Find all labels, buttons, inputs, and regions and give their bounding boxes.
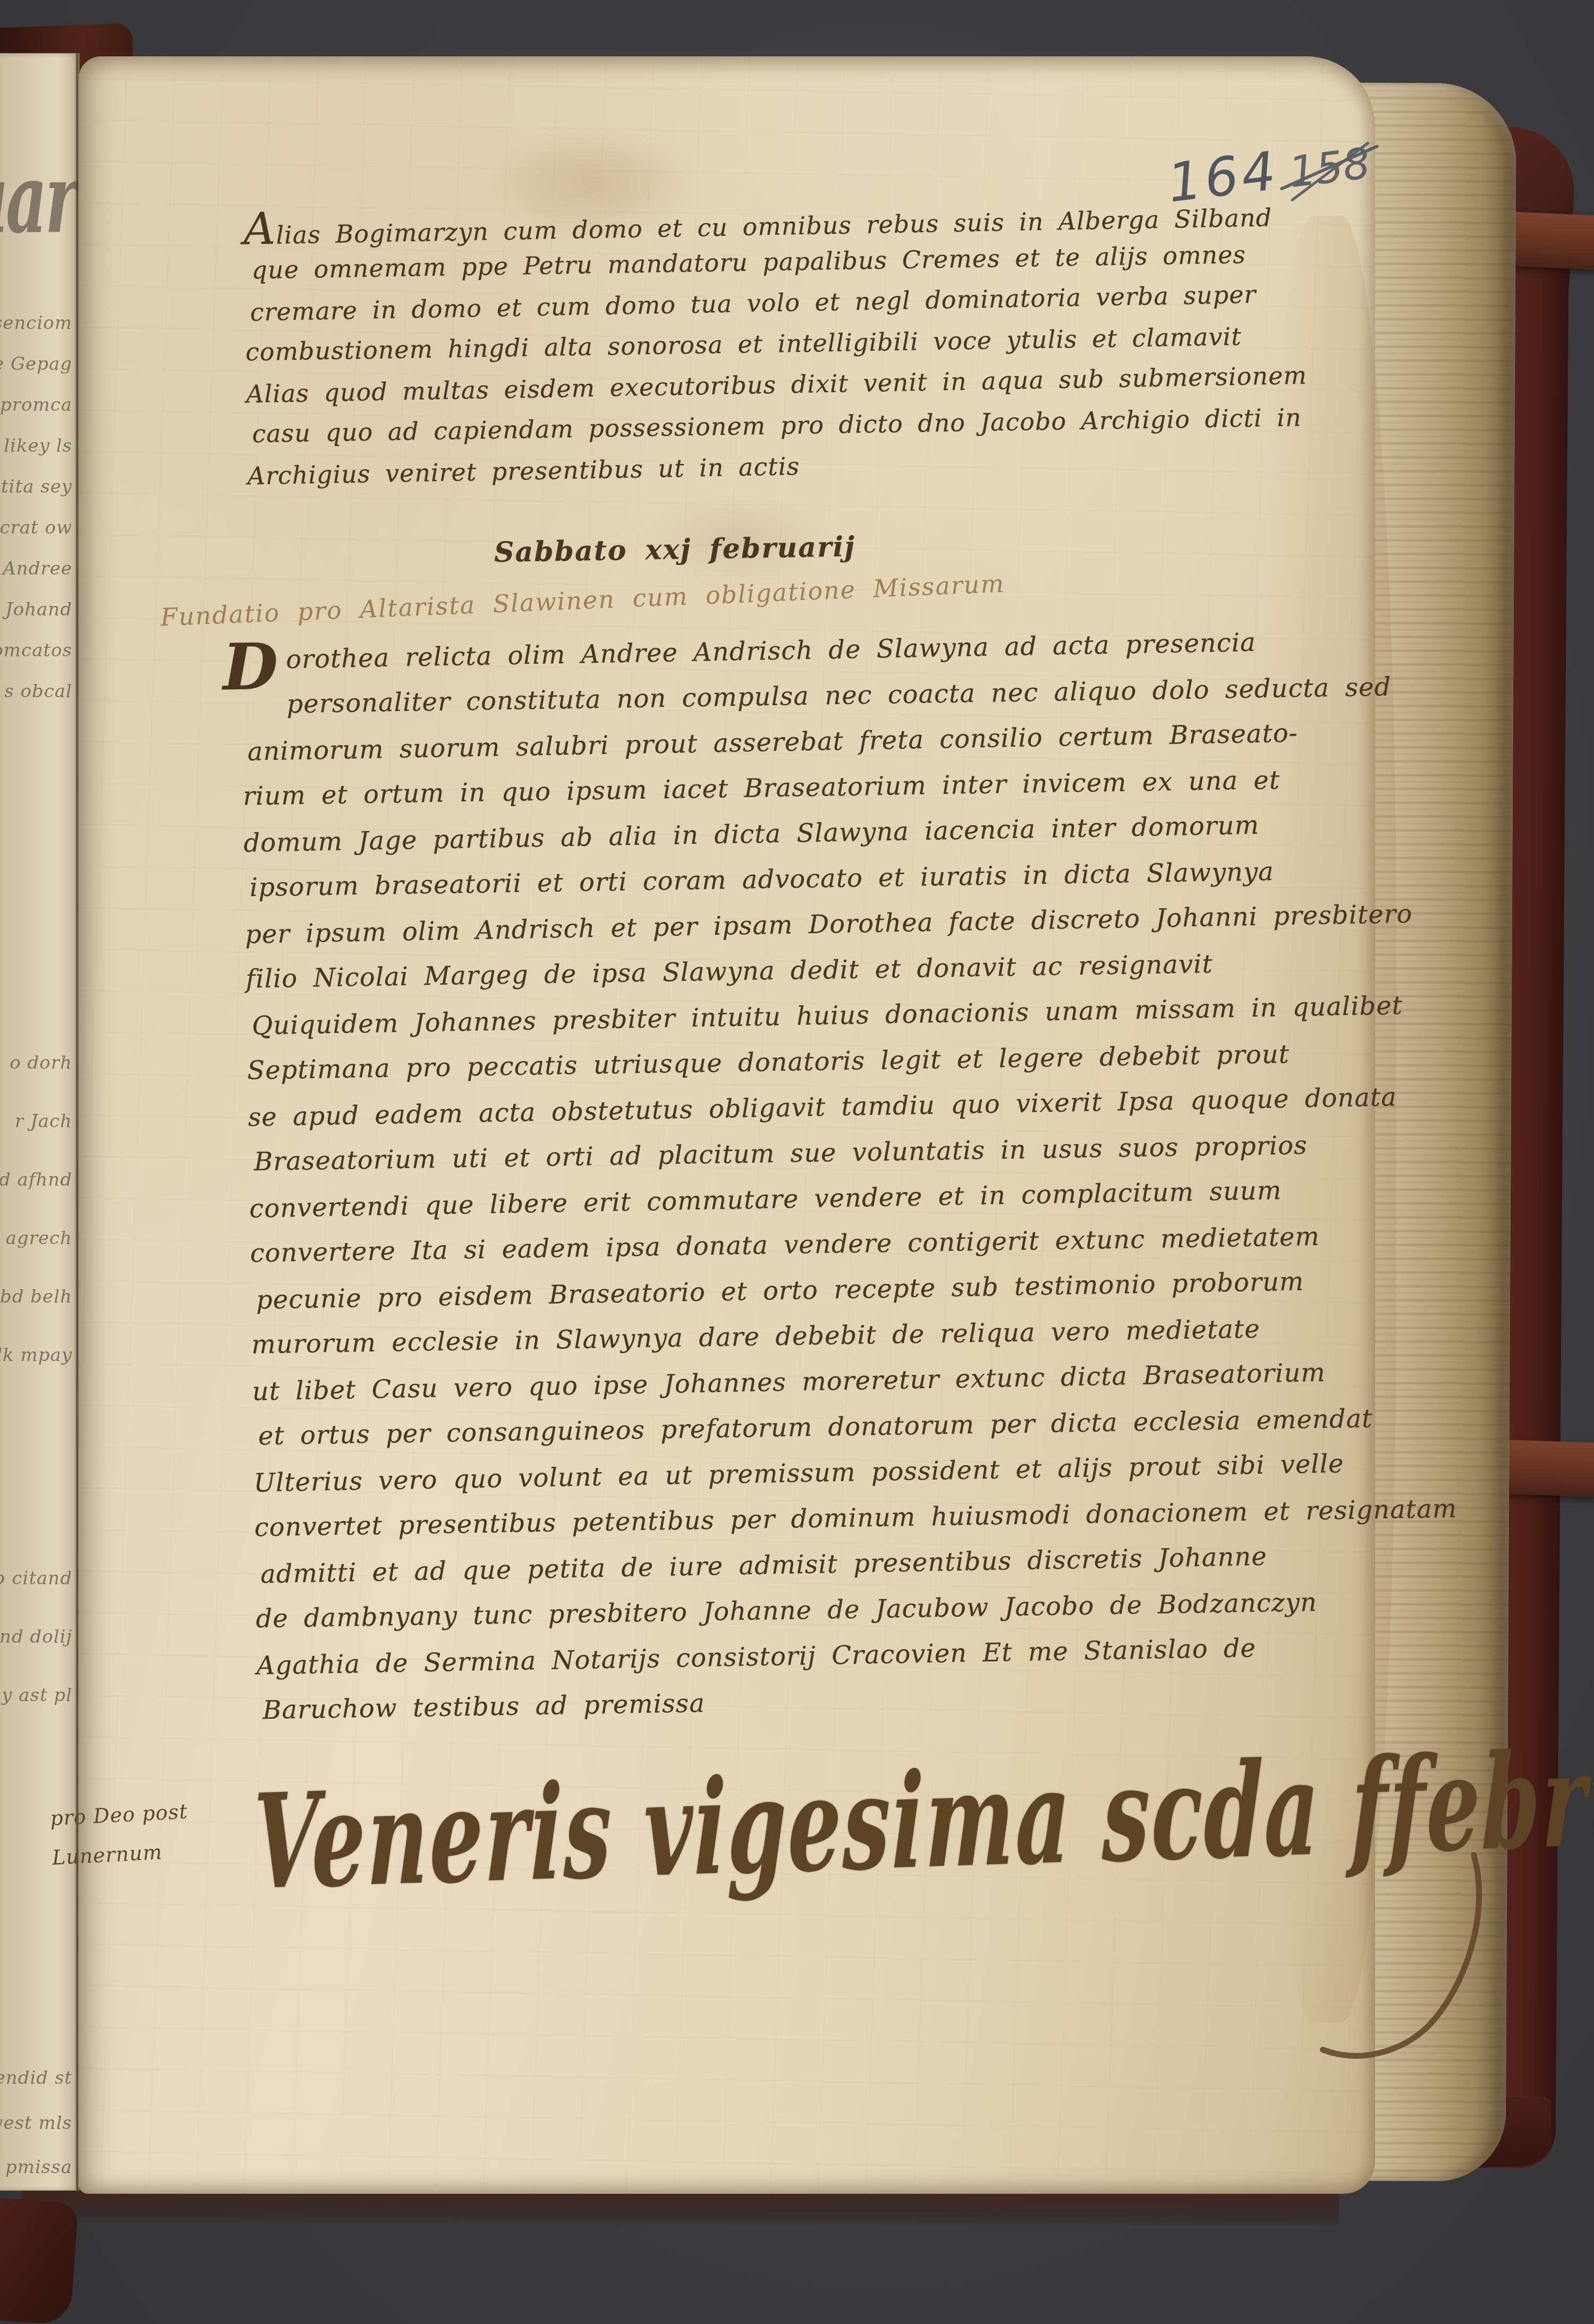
facing-line-fragment: r Jach [15,1111,72,1132]
facing-line-fragment: o dorh [10,1052,72,1074]
facing-line-fragment: cim promca [0,394,72,416]
facing-line-fragment: aime Gepag [0,353,72,375]
rubric-annotation: Fundatio pro Altarista Slawinen cum obli… [160,555,1361,632]
facing-line-fragment: t fendid st [0,2067,72,2089]
manuscript-page: 164158 Alias Bogimarzyn cum domo et cu o… [79,56,1375,2194]
facing-heading-fragment: ruar [0,142,77,255]
margin-note: pro Deo post Lunernum [49,1791,191,1877]
facing-line-fragment: alk mpay [0,1345,72,1366]
leather-cover-bottom-left-corner [0,2197,79,2324]
facing-line-fragment: ly west mls [0,2112,72,2134]
facing-line-fragment: s prsenciom [0,312,72,334]
paragraph-main: Dorothea relicta olim Andree Andrisch de… [241,627,1400,1742]
facing-line-fragment: s pmissa [0,2157,72,2178]
facing-line-fragment: ly abd belh [0,1286,72,1307]
facing-line-fragment: ib citand [0,1568,72,1589]
facing-line-fragment: nd dolij [0,1626,72,1647]
margin-note-line: pro Deo post [49,1791,189,1838]
facing-line-fragment: d afhnd [0,1169,72,1190]
calligraphic-date-heading: Veneris vigesima scda ffebruarij [252,1729,1423,1919]
facing-line-fragment: nd petita sey [0,476,72,497]
paragraph-top: Alias Bogimarzyn cum domo et cu omnibus … [243,197,1363,501]
facing-line-fragment: r dscrat ow [0,517,72,538]
facing-line-fragment: ugna Johand [0,599,72,620]
facing-line-fragment: s obcal [4,681,72,702]
photograph-of-manuscript-book: ruar s prsenciom aime Gepag cim promca m… [0,0,1594,2324]
facing-line-fragment: m likey ls [0,435,72,457]
facing-line-fragment: rnygez Andree [0,558,72,579]
leather-clasp-strap-bottom [1506,1440,1594,1497]
facing-line-fragment: y ast pl [2,1685,72,1706]
leather-clasp-strap-top [1511,212,1594,270]
folio-number-crossed-out: 158 [1286,138,1373,197]
page-content: 164158 Alias Bogimarzyn cum domo et cu o… [72,44,1402,2202]
facing-line-fragment: m agrech [0,1228,72,1249]
margin-note-line: Lunernum [51,1831,191,1877]
facing-line-fragment: s promcatos [0,640,72,661]
day-heading: Sabbato xxj februarij [446,530,904,570]
